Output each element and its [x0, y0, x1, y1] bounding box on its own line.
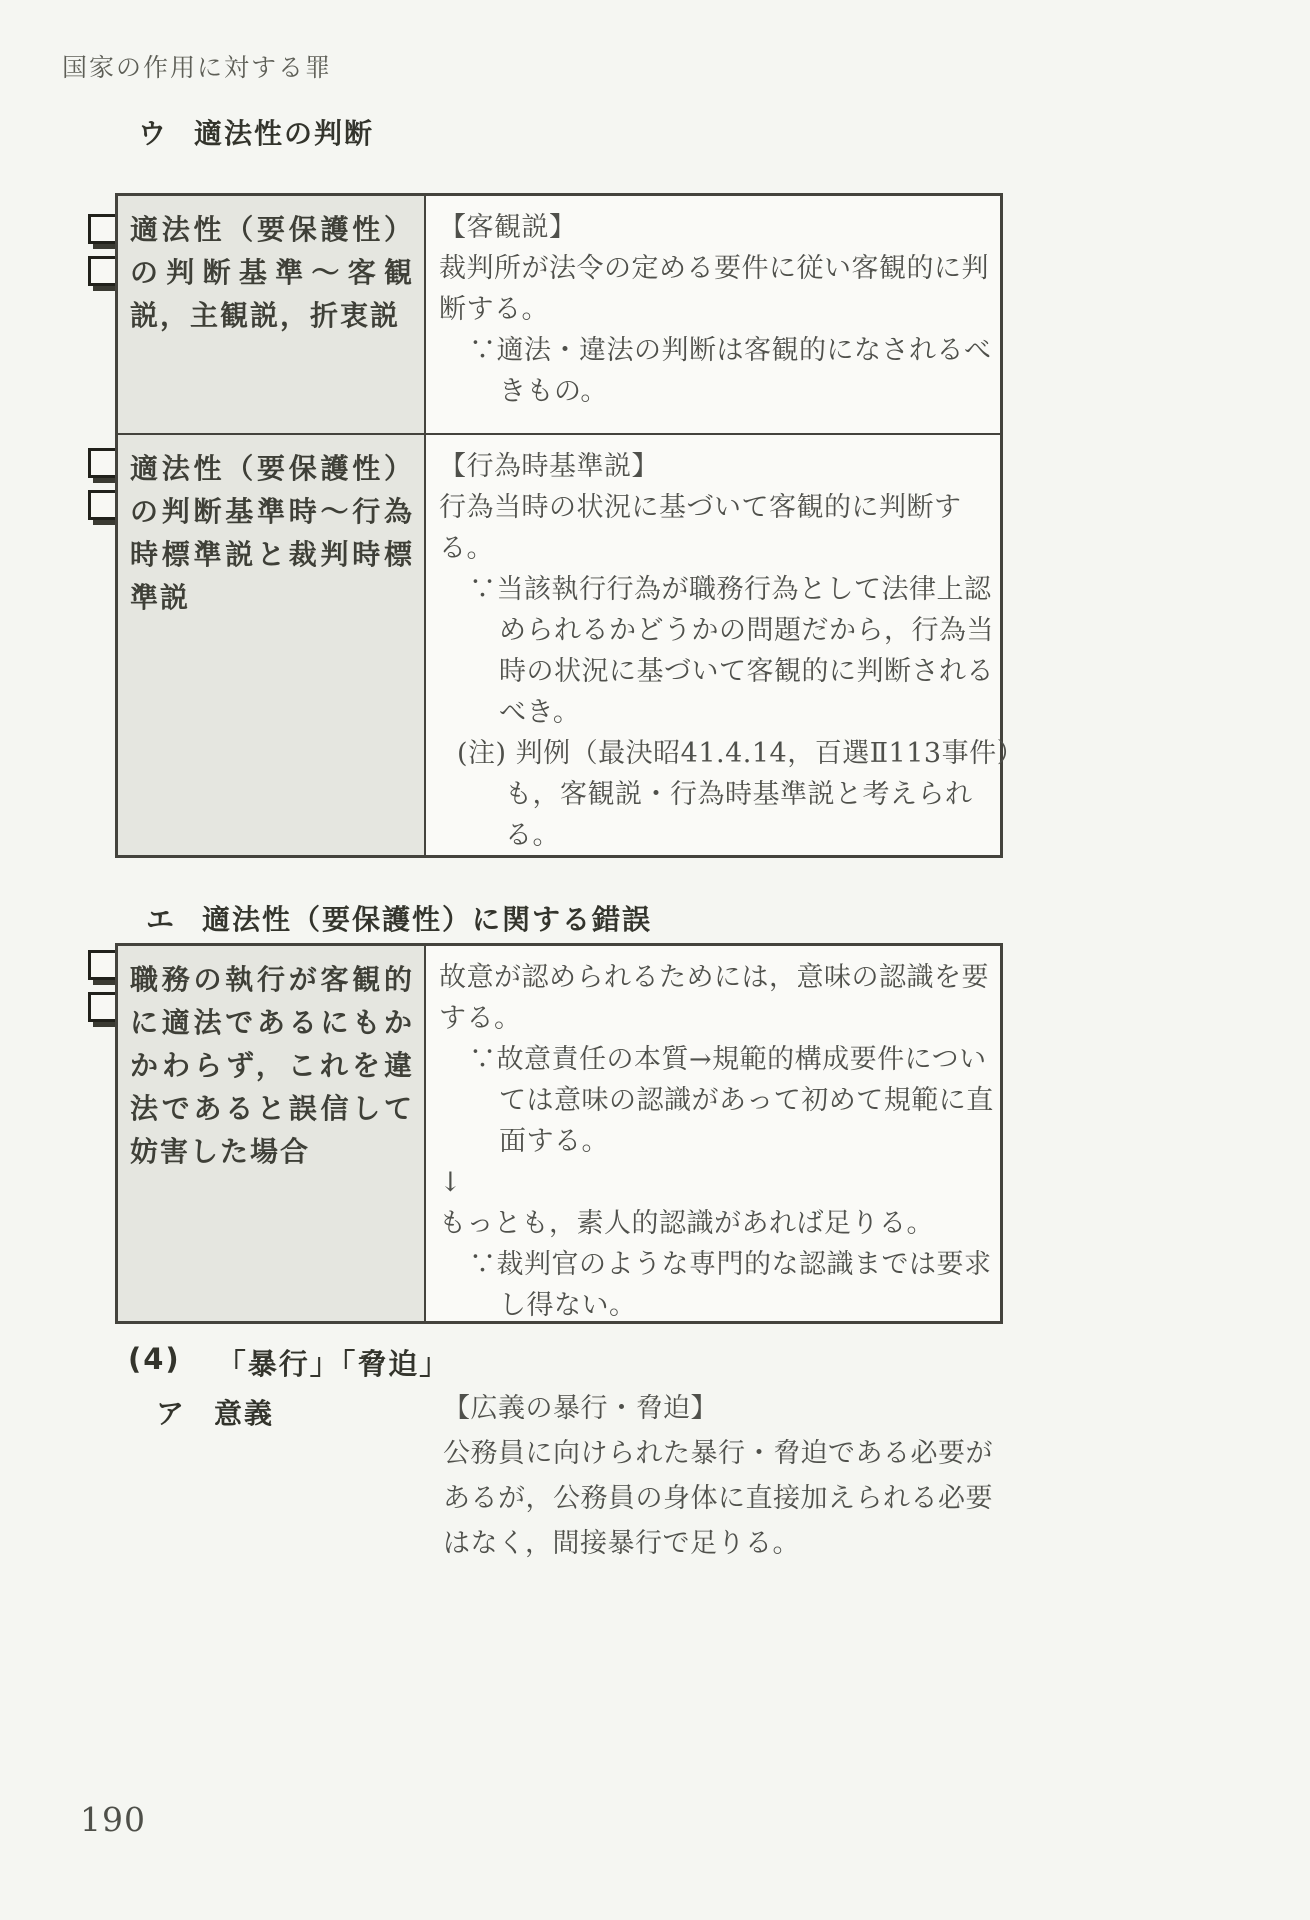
text-line: る。 [439, 528, 1024, 569]
heading-label: (4) [128, 1342, 181, 1383]
todo-checkbox[interactable] [88, 214, 118, 244]
heading-title: 適法性の判断 [194, 112, 374, 152]
heading-assault-intimidation: (4) 「暴行」「脅迫」 [128, 1342, 450, 1383]
text-line: 時標準説と裁判時標 [130, 533, 414, 576]
heading-title: 「暴行」「脅迫」 [217, 1342, 451, 1383]
text-line: もっとも，素人的認識があれば足りる。 [439, 1203, 994, 1244]
text-line: ∵適法・違法の判断は客観的になされるべ [439, 330, 994, 371]
text-line: 裁判所が法令の定める要件に従い客観的に判 [439, 248, 994, 289]
text-line: 職務の執行が客観的 [130, 958, 414, 1001]
text-line: の判断基準～客観 [130, 251, 414, 294]
text-line: 断する。 [439, 289, 994, 330]
row-content-cell: 【行為時基準説】 行為当時の状況に基づいて客観的に判断す る。 ∵当該執行行為が… [426, 435, 1030, 855]
heading-label: エ [146, 898, 176, 938]
table-row: 職務の執行が客観的 に適法であるにもか かわらず，これを違 法であると誤信して … [118, 946, 1000, 1321]
text-line: し得ない。 [439, 1285, 994, 1326]
text-line: きもの。 [439, 371, 994, 412]
table-row: 適法性（要保護性） の判断基準時～行為 時標準説と裁判時標 準説 【行為時基準説… [118, 433, 1000, 855]
text-line: 行為当時の状況に基づいて客観的に判断す [439, 487, 1024, 528]
text-line: も，客観説・行為時基準説と考えられ [439, 774, 1024, 815]
text-line: 【客観説】 [439, 207, 994, 248]
text-line: 適法性（要保護性） [130, 447, 414, 490]
row-content-cell: 故意が認められるためには，意味の認識を要 する。 ∵故意責任の本質→規範的構成要… [426, 946, 1000, 1321]
text-line: 妨害した場合 [130, 1130, 414, 1173]
text-line: (注) 判例（最決昭41.4.14，百選Ⅱ113事件） [439, 733, 1024, 774]
row-topic-cell: 適法性（要保護性） の判断基準～客観 説，主観説，折衷説 [118, 196, 426, 433]
heading-legality-mistake: エ 適法性（要保護性）に関する錯誤 [146, 898, 652, 938]
todo-checkbox[interactable] [88, 950, 118, 980]
text-line: はなく，間接暴行で足りる。 [443, 1521, 993, 1566]
text-line: ∵裁判官のような専門的な認識までは要求 [439, 1244, 994, 1285]
table-legality-judgment: 適法性（要保護性） の判断基準～客観 説，主観説，折衷説 【客観説】 裁判所が法… [115, 193, 1003, 858]
text-line: められるかどうかの問題だから，行為当 [439, 610, 1024, 651]
text-line: 【広義の暴行・脅迫】 [443, 1386, 993, 1431]
meaning-text-block: 【広義の暴行・脅迫】 公務員に向けられた暴行・脅迫である必要が あるが，公務員の… [443, 1386, 993, 1566]
text-line: ては意味の認識があって初めて規範に直 [439, 1080, 994, 1121]
text-line: 故意が認められるためには，意味の認識を要 [439, 957, 994, 998]
text-line: 【行為時基準説】 [439, 446, 1024, 487]
text-line: 時の状況に基づいて客観的に判断される [439, 651, 1024, 692]
text-line: る。 [439, 815, 1024, 856]
text-line: ∵当該執行行為が職務行為として法律上認 [439, 569, 1024, 610]
text-line: ∵故意責任の本質→規範的構成要件につい [439, 1039, 994, 1080]
heading-label: ア [156, 1392, 186, 1432]
heading-label: ウ [138, 112, 168, 152]
page-number: 190 [80, 1800, 146, 1839]
text-line: かわらず，これを違 [130, 1044, 414, 1087]
todo-checkbox[interactable] [88, 256, 118, 286]
table-legality-mistake: 職務の執行が客観的 に適法であるにもか かわらず，これを違 法であると誤信して … [115, 943, 1003, 1324]
text-line: 面する。 [439, 1121, 994, 1162]
text-line: 説，主観説，折衷説 [130, 294, 414, 337]
heading-title: 適法性（要保護性）に関する錯誤 [202, 898, 652, 938]
text-line: に適法であるにもか [130, 1001, 414, 1044]
table-row: 適法性（要保護性） の判断基準～客観 説，主観説，折衷説 【客観説】 裁判所が法… [118, 196, 1000, 433]
text-line: あるが，公務員の身体に直接加えられる必要 [443, 1476, 993, 1521]
text-line: する。 [439, 998, 994, 1039]
row-content-cell: 【客観説】 裁判所が法令の定める要件に従い客観的に判 断する。 ∵適法・違法の判… [426, 196, 1000, 433]
text-line: 適法性（要保護性） [130, 208, 414, 251]
text-line: べき。 [439, 692, 1024, 733]
todo-checkbox[interactable] [88, 490, 118, 520]
row-topic-cell: 職務の執行が客観的 に適法であるにもか かわらず，これを違 法であると誤信して … [118, 946, 426, 1321]
text-line: 準説 [130, 576, 414, 619]
todo-checkbox[interactable] [88, 992, 118, 1022]
running-header: 国家の作用に対する罪 [62, 48, 332, 84]
heading-legality-judgment: ウ 適法性の判断 [138, 112, 374, 152]
down-arrow-icon: ↓ [439, 1162, 994, 1203]
heading-meaning: ア 意義 [156, 1392, 274, 1432]
todo-checkbox[interactable] [88, 448, 118, 478]
row-topic-cell: 適法性（要保護性） の判断基準時～行為 時標準説と裁判時標 準説 [118, 435, 426, 855]
text-line: 公務員に向けられた暴行・脅迫である必要が [443, 1431, 993, 1476]
text-line: 法であると誤信して [130, 1087, 414, 1130]
heading-title: 意義 [214, 1392, 274, 1432]
text-line: の判断基準時～行為 [130, 490, 414, 533]
